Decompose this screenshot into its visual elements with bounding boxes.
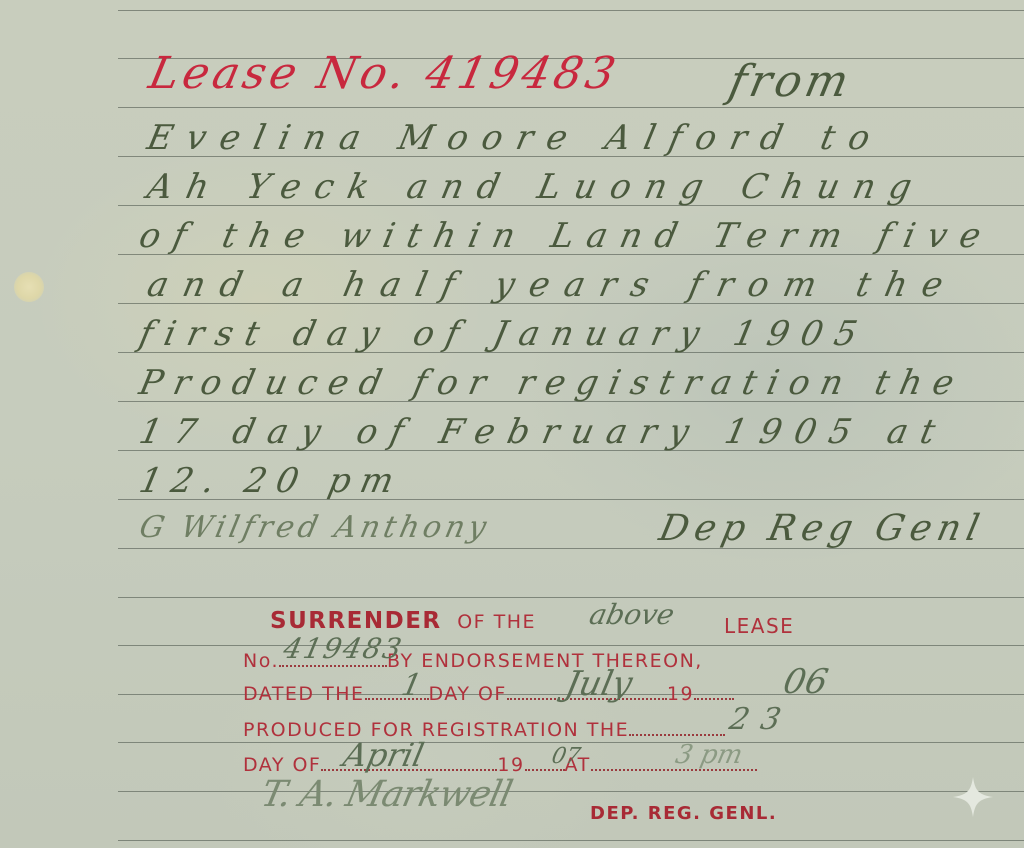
stamp-no-label: No. [243,650,279,672]
stamp-fill-registration-day: 23 [726,702,796,737]
ruled-line [118,840,1024,841]
stamp-signature: T. A. Markwell [258,774,516,815]
lease-line-5: and a half years from the [144,265,962,305]
stamp-fill-year: 06 [780,662,832,702]
stamp-day-of-label: DAY OF [429,683,507,705]
lease-heading: Lease No. 419483 [145,48,624,99]
lease-line-8: 17 day of February 1905 at [136,412,952,452]
stamp-endorsement-text: BY ENDORSEMENT THEREON, [387,650,703,672]
dotted-field [629,730,725,736]
stamp-fill-lease-number: 419483 [280,632,406,665]
stamp-fill-registration-time: 3 pm [673,740,745,770]
stamp-line-3: DATED THEDAY OF19 [243,683,734,705]
stamp-year-prefix-2: 19 [497,754,524,776]
lease-line-9: 12. 20 pm [136,461,407,501]
stamp-dated-label: DATED THE [243,683,365,705]
dotted-field [694,694,734,700]
ruled-line [118,791,1024,792]
lease-heading-prefix: Lease No. [145,48,414,99]
stamp-line-4: PRODUCED FOR REGISTRATION THE [243,719,725,741]
ruled-line [118,107,1024,108]
stamp-year-prefix: 19 [667,683,694,705]
stamp-line-1: SURRENDER OF THE [270,608,536,634]
stamp-lease-word: LEASE [724,614,794,638]
registrar-signature: G Wilfred Anthony [136,510,493,545]
stamp-footer: DEP. REG. GENL. [590,803,777,824]
stamp-surrender-title: SURRENDER [270,608,442,634]
ledger-page: Lease No. 419483 from Evelina Moore Alfo… [0,0,1024,848]
stamp-of-the: OF THE [457,611,536,633]
margin-stain [14,272,44,302]
lease-line-6: first day of January 1905 [136,314,873,354]
lease-line-2: Evelina Moore Alford to [144,118,888,158]
registrar-title: Dep Reg Genl [656,508,989,549]
lease-number: 419483 [421,48,624,99]
ruled-line [118,10,1024,11]
lease-line-7: Produced for registration the [136,363,969,403]
stamp-fill-registration-year: 07 [549,744,582,769]
lease-line-4: of the within Land Term five [136,216,998,256]
lease-from-word: from [725,56,857,107]
stamp-fill-registration-month: April [340,736,427,774]
ruled-line [118,597,1024,598]
lease-line-3: Ah Yeck and Luong Chung [144,167,929,207]
ruled-line [118,742,1024,743]
sparkle-icon [951,775,995,819]
ruled-line [118,645,1024,646]
stamp-day-of-label-2: DAY OF [243,754,321,776]
stamp-fill-above: above [586,598,677,631]
stamp-fill-month: July [562,664,636,704]
stamp-produced-text: PRODUCED FOR REGISTRATION THE [243,719,629,741]
